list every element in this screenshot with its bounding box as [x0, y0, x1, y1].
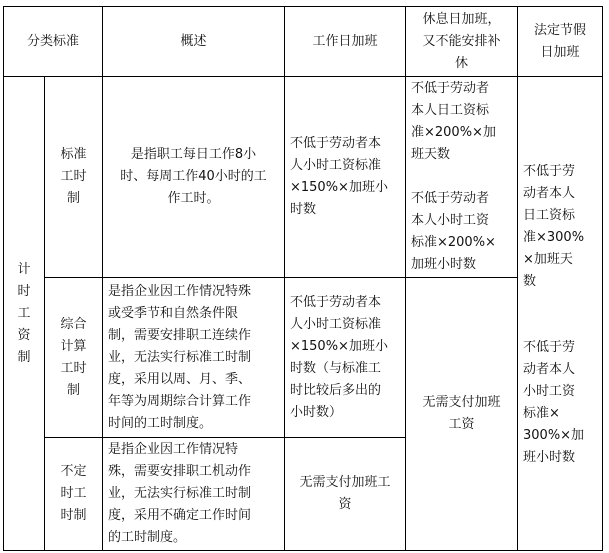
row-comprehensive-workday: 不低于劳动者本 人小时工资标准 ×150%×加班小 时数（与标准工 时比较后多出… [284, 277, 406, 438]
holiday-hours-text: 不低于劳 动者本人 小时工资 标准× 300%×加 班小时数 [523, 337, 584, 469]
row-standard-restday-hours-text: 不低于劳动者 本人小时工资 标准×200%× 加班小时数 [411, 188, 496, 276]
row-flexible-type: 不定 时工 时制 [44, 437, 103, 551]
holiday-merged-cell: 不低于劳 动者本人 日工资标 准×300% ×加班天 数 不低于劳 动者本人 小… [517, 76, 603, 551]
row-comprehensive-workday-text: 不低于劳动者本 人小时工资标准 ×150%×加班小 时数（与标准工 时比较后多出… [290, 292, 388, 424]
row-standard-restday: 不低于劳动者 本人日工资标 准×200%×加 班天数 不低于劳动者 本人小时工资… [405, 76, 518, 278]
header-restday-overtime: 休息日加班， 又不能安排补 休 [405, 6, 518, 77]
row-comprehensive-overview: 是指企业因工作情况特殊 或受季节和自然条件限 制，需要安排职工连续作 业，无法实… [102, 277, 285, 438]
group-label-text: 计 时 工 资 制 [17, 259, 30, 369]
row-flexible-workday: 无需支付加班工 资 [284, 437, 406, 551]
row-comprehensive-overview-text: 是指企业因工作情况特殊 或受季节和自然条件限 制，需要安排职工连续作 业，无法实… [108, 281, 251, 435]
row-standard-type-text: 标准 工时 制 [60, 144, 86, 210]
row-flexible-overview: 是指企业因工作情况特 殊，需要安排职工机动作 业，无法实行标准工时制 度，采用不… [102, 437, 285, 551]
header-overview: 概述 [102, 6, 285, 77]
header-category: 分类标准 [3, 6, 103, 77]
row-standard-workday-text: 不低于劳动者本 人小时工资标准 ×150%×加班小 时数 [290, 133, 388, 221]
restday-merged-text: 无需支付加班 工资 [422, 392, 500, 436]
restday-merged-cell: 无需支付加班 工资 [405, 277, 518, 551]
header-workday-overtime-text: 工作日加班 [312, 31, 377, 53]
header-restday-overtime-text: 休息日加班， 又不能安排补 休 [422, 9, 500, 75]
row-standard-restday-days-text: 不低于劳动者 本人日工资标 准×200%×加 班天数 [411, 78, 496, 166]
header-workday-overtime: 工作日加班 [284, 6, 406, 77]
row-comprehensive-type: 综合 计算 工时 制 [44, 277, 103, 438]
group-label-cell: 计 时 工 资 制 [3, 76, 45, 551]
header-overview-text: 概述 [180, 31, 206, 53]
row-standard-overview-text: 是指职工每日工作8小 时、每周工作40小时的工 作工时。 [120, 144, 267, 210]
row-flexible-type-text: 不定 时工 时制 [60, 461, 86, 527]
header-category-text: 分类标准 [27, 31, 79, 53]
row-standard-type: 标准 工时 制 [44, 76, 103, 278]
holiday-days-text: 不低于劳 动者本人 日工资标 准×300% ×加班天 数 [523, 161, 584, 293]
row-flexible-workday-text: 无需支付加班工 资 [299, 472, 390, 516]
header-holiday-overtime: 法定节假 日加班 [517, 6, 603, 77]
row-standard-overview: 是指职工每日工作8小 时、每周工作40小时的工 作工时。 [102, 76, 285, 278]
header-holiday-overtime-text: 法定节假 日加班 [534, 20, 586, 64]
row-flexible-overview-text: 是指企业因工作情况特 殊，需要安排职工机动作 业，无法实行标准工时制 度，采用不… [108, 439, 251, 549]
row-comprehensive-type-text: 综合 计算 工时 制 [60, 314, 86, 402]
row-standard-workday: 不低于劳动者本 人小时工资标准 ×150%×加班小 时数 [284, 76, 406, 278]
